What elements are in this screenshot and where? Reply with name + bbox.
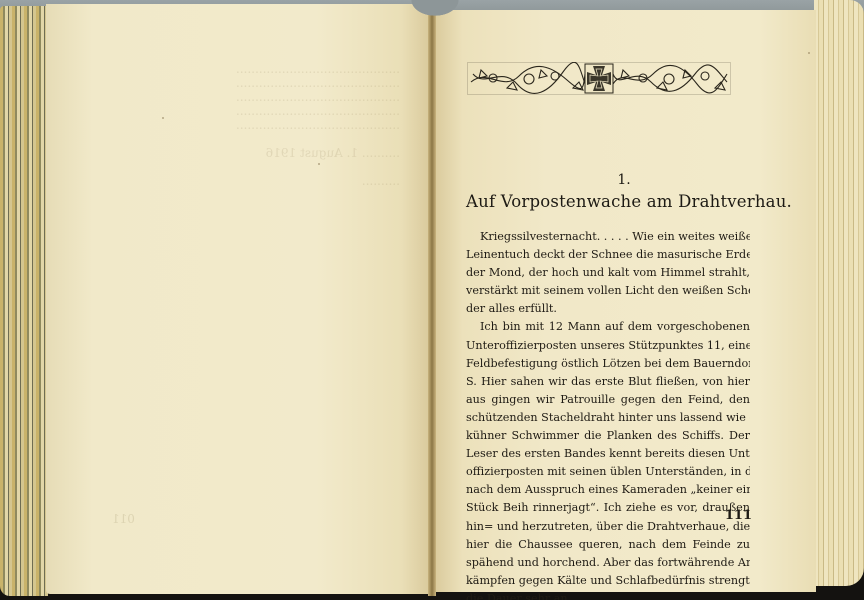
text-line: Stück Beih rinnerjagt“. Ich ziehe es vor…: [466, 499, 750, 517]
text-line: offizierposten mit seinen üblen Unterstä…: [466, 463, 750, 481]
text-line: Feldbefestigung östlich Lötzen bei dem B…: [466, 355, 750, 373]
text-line: spähend und horchend. Aber das fortwähre…: [466, 554, 750, 572]
text-line: S. Hier sahen wir das erste Blut fließen…: [466, 373, 750, 391]
bleed-line: ........................................…: [130, 118, 400, 132]
text-line: verstärkt mit seinem vollen Licht den we…: [466, 282, 750, 300]
book-gutter: [428, 0, 436, 596]
chapter-body-text: Kriegssilvesternacht. . . . . Wie ein we…: [466, 228, 750, 600]
bleed-through-page-number: 011: [112, 512, 135, 526]
text-line: Leinentuch deckt der Schnee die masurisc…: [466, 246, 750, 264]
text-line: Ich bin mit 12 Mann auf dem vorgeschoben…: [466, 318, 750, 336]
iron-cross-icon: [585, 64, 613, 93]
bleed-line: .......... 1. August 1916: [130, 146, 400, 160]
bleed-line: ........................................…: [130, 76, 400, 90]
chapter-title: Auf Vorpostenwache am Drahtverhau.: [466, 192, 766, 211]
text-line: Kriegssilvesternacht. . . . . Wie ein we…: [466, 228, 750, 246]
text-line: der Mond, der hoch und kalt vom Himmel s…: [466, 264, 750, 282]
spine-notch: [405, 0, 465, 20]
text-line: kämpfen gegen Kälte und Schlafbedürfnis …: [466, 572, 750, 590]
paper-speck: [162, 117, 164, 119]
page-number: 111: [716, 508, 752, 523]
right-page-edges: [814, 0, 864, 586]
left-page-edges: [0, 6, 48, 596]
chapter-number: 1.: [432, 172, 816, 188]
text-line: kühner Schwimmer die Planken des Schiffs…: [466, 427, 750, 445]
bleed-line: [130, 160, 400, 174]
bleed-line: ........................................…: [130, 90, 400, 104]
bleed-line: ........................................…: [130, 62, 400, 76]
text-line: Leser des ersten Bandes kennt bereits di…: [466, 445, 750, 463]
text-line: aus gingen wir Patrouille gegen den Fein…: [466, 391, 750, 409]
bleed-line: [130, 132, 400, 146]
text-line: Unteroffizierposten unseres Stützpunktes…: [466, 337, 750, 355]
paper-speck: [808, 52, 810, 54]
text-line: hier die Chaussee queren, nach dem Feind…: [466, 536, 750, 554]
left-page-bleed-through-text: ........................................…: [130, 62, 400, 188]
paper-speck: [318, 163, 320, 165]
text-line: der alles erfüllt.: [466, 300, 750, 318]
text-line: nach dem Ausspruch eines Kameraden „kein…: [466, 481, 750, 499]
text-line: schützenden Stacheldraht hinter uns lass…: [466, 409, 750, 427]
bleed-line: ..........: [130, 174, 400, 188]
text-line: hin= und herzutreten, über die Drahtverh…: [466, 518, 750, 536]
ornament-headpiece-icon: [467, 62, 731, 95]
text-line: die Dauer sehr an.: [466, 590, 750, 600]
bleed-line: ........................................…: [130, 104, 400, 118]
